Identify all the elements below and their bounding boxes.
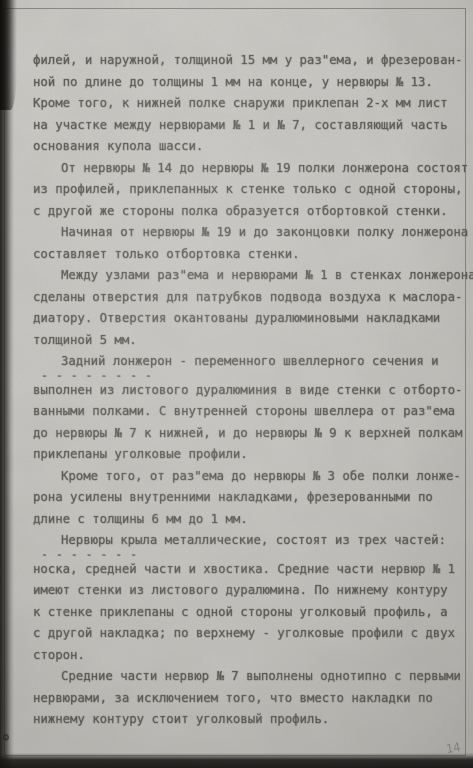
- scan-shadow-bottom: [0, 753, 473, 768]
- dash-underline: - - - - - - -: [33, 552, 464, 559]
- text-line: на участке между нервюрами № 1 и № 7, со…: [33, 115, 464, 137]
- text-line: Кроме того, к нижней полке снаружи прикл…: [33, 93, 464, 115]
- text-line: составляет только отбортовка стенки.: [33, 244, 464, 266]
- text-line: к стенке приклепаны с одной стороны угол…: [33, 602, 464, 624]
- text-line: Между узлами раз"ема и нервюрами № 1 в с…: [33, 265, 464, 287]
- text-line: длине с толщины 6 мм до 1 мм.: [33, 509, 464, 531]
- text-line: основания купола шасси.: [33, 136, 464, 158]
- text-line: приклепаны уголковые профили.: [33, 444, 464, 466]
- text-line: Средние части нервюр № 7 выполнены однот…: [33, 666, 464, 688]
- text-line: Кроме того, от раз"ема до нервюры № 3 об…: [33, 466, 464, 488]
- text-block: филей, и наружной, толщиной 15 мм у раз"…: [33, 50, 464, 731]
- scan-shadow-left: [0, 0, 14, 768]
- text-line: ной по длине до толщины 1 мм на конце, у…: [33, 72, 464, 94]
- text-line: сделаны отверстия для патрубков подвода …: [33, 287, 464, 309]
- text-line: толщиной 5 мм.: [33, 330, 464, 352]
- text-line: ванными полками. С внутренней стороны шв…: [33, 401, 464, 423]
- text-line: имеют стенки из листового дуралюмина. По…: [33, 580, 464, 602]
- text-line: нижнему контуру стоит уголковый профиль.: [33, 709, 464, 731]
- text-line: сторон.: [33, 645, 464, 667]
- text-line: выполнен из листового дуралюминия в виде…: [33, 380, 464, 402]
- text-line: с другой накладка; по верхнему - уголков…: [33, 623, 464, 645]
- text-line: Начиная от нервюры № 19 и до законцовки …: [33, 222, 464, 244]
- text-line: диатору. Отверстия окантованы дуралюмино…: [33, 308, 464, 330]
- dash-underline: - - - - - - - -: [33, 373, 464, 380]
- text-line: От нервюры № 14 до нервюры № 19 полки ло…: [33, 158, 464, 180]
- text-line: нервюрами, за исключением того, что вмес…: [33, 688, 464, 710]
- text-line: с другой же стороны полка образуется отб…: [33, 201, 464, 223]
- text-line: до нервюры № 7 к нижней, и до нервюры № …: [33, 423, 464, 445]
- text-line: из профилей, приклепанных к стенке тольк…: [33, 179, 464, 201]
- text-line: филей, и наружной, толщиной 15 мм у раз"…: [33, 50, 464, 72]
- text-line: рона усилены внутренними накладками, фре…: [33, 487, 464, 509]
- document-page: филей, и наружной, толщиной 15 мм у раз"…: [0, 0, 473, 768]
- scan-shadow-left-top: [0, 0, 17, 110]
- text-line: носка, средней части и хвостика. Средние…: [33, 559, 464, 581]
